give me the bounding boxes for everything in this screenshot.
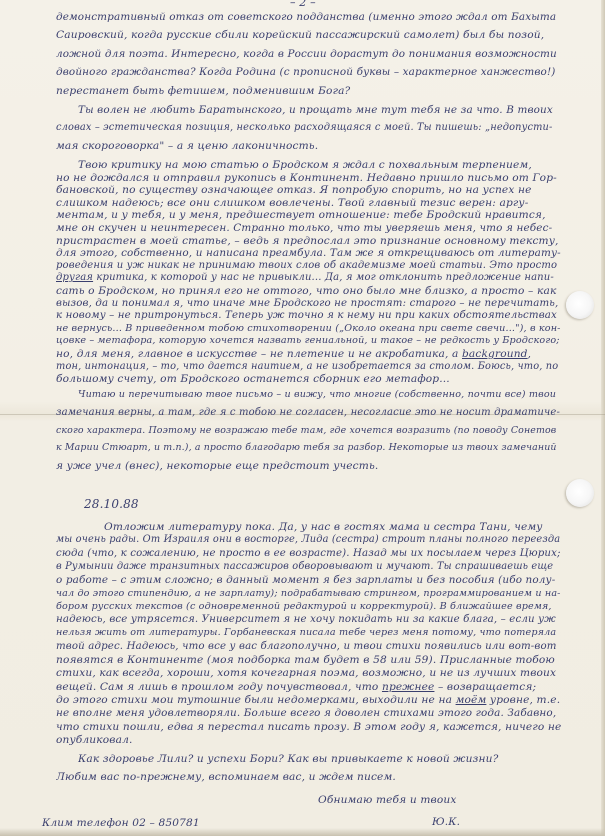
handwritten-line: до этого стихи мои тутошние были недомер… — [56, 693, 561, 707]
phone-note: Клим телефон 02 – 850781 — [42, 817, 200, 829]
letter-page: – 2 – демонстративный отказ от советског… — [0, 0, 605, 836]
handwritten-line: демонстративный отказ от советского подд… — [56, 10, 561, 24]
handwritten-line: Отложим литературу пока. Да, у нас в гос… — [104, 520, 561, 534]
handwritten-line: замечания верны, а там, где я с тобою не… — [56, 406, 561, 420]
handwritten-line: мне он скучен и неинтересен. Странно тол… — [56, 221, 561, 235]
page-number: – 2 – — [290, 0, 316, 9]
handwritten-line: чал до этого стипендию, а не зарплату); … — [56, 587, 561, 601]
handwritten-line: словах – эстетическая позиция, несколько… — [56, 121, 561, 135]
underlined-word: прежнее — [382, 681, 434, 693]
underlined-word: другая — [56, 272, 93, 283]
handwritten-line: сюда (что, к сожалению, не просто в ее в… — [56, 547, 561, 561]
page-edge — [601, 0, 605, 836]
handwritten-line: надеюсь, все утрясется. Университет я не… — [56, 613, 561, 627]
handwritten-line: я уже учел (внес), некоторые еще предсто… — [56, 459, 561, 473]
handwritten-line: бором русских текстов (с одновременной р… — [56, 600, 561, 614]
underlined-word: моём — [456, 694, 487, 706]
handwritten-line: Как здоровье Лили? и успехи Бори? Как вы… — [78, 752, 561, 766]
handwritten-line: ского характера. Поэтому не возражаю теб… — [56, 424, 561, 438]
handwritten-line: Читаю и перечитываю твое письмо – и вижу… — [78, 388, 561, 402]
handwritten-line: не вполне меня удовлетворяли. Больше все… — [56, 706, 561, 720]
handwritten-line: что стихи пошли, едва я перестал писать … — [56, 720, 561, 734]
handwritten-line: появятся в Континенте (моя подборка там … — [56, 653, 561, 667]
handwritten-line: вещей. Сам я лишь в прошлом году почувст… — [56, 680, 561, 694]
handwritten-line: стихи, как всегда, хороши, хотя кочегарн… — [56, 666, 561, 680]
handwritten-line: в Румынии даже транзитных пассажиров обв… — [56, 560, 561, 574]
handwritten-line: перестанет быть фетишем, подменившим Бог… — [56, 84, 561, 98]
signoff: Обнимаю тебя и твоих — [318, 794, 456, 806]
handwritten-line: Любим вас по-прежнему, вспоминаем вас, и… — [56, 770, 561, 784]
handwritten-line: другая критика, к которой у нас не привы… — [56, 271, 561, 285]
handwritten-line: для этого, собственно, и написана преамб… — [56, 246, 561, 260]
handwritten-line: твой адрес. Надеюсь, что все у вас благо… — [56, 640, 561, 654]
letter-date: 28.10.88 — [84, 497, 139, 511]
handwritten-line: Твою критику на мою статью о Бродском я … — [78, 158, 561, 172]
handwritten-line: большому счету, от Бродского останется с… — [56, 372, 561, 386]
handwritten-line: мая скороговорка" – а я ценю лаконичност… — [56, 139, 561, 153]
handwritten-line: ментам, и у тебя, и у меня, предшествует… — [56, 208, 561, 222]
handwritten-line: Саировский, когда русские сбили корейски… — [56, 28, 561, 42]
signature-initials: Ю.К. — [432, 816, 460, 828]
handwritten-line: опубликовал. — [56, 733, 561, 747]
handwritten-line: к Марии Стюарт, и т.п.), а просто благод… — [56, 441, 561, 455]
handwritten-line: сать о Бродском, но принял его не оттого… — [56, 284, 561, 298]
handwritten-line: к новому – не притронуться. Теперь уж то… — [56, 309, 561, 323]
handwritten-line: о работе – с этим сложно; в данный момен… — [56, 573, 561, 587]
underlined-word: background — [462, 348, 528, 360]
handwritten-line: ложной для поэта. Интересно, когда в Рос… — [56, 47, 561, 61]
handwritten-line: нельзя жить от литературы. Горбаневская … — [56, 626, 561, 640]
handwritten-line: двойного гражданства? Когда Родина (с пр… — [56, 65, 561, 79]
handwritten-line: бановской, по существу означающее отказ.… — [56, 183, 561, 197]
handwritten-line: цовке – метафора, которую хочется назват… — [56, 334, 561, 348]
punch-hole — [566, 291, 594, 319]
handwritten-line: Ты волен не любить Баратынского, и проща… — [78, 103, 561, 117]
punch-hole — [566, 479, 594, 507]
handwritten-line: но, для меня, главное в искусстве – не п… — [56, 347, 561, 361]
handwritten-line: мы очень рады. От Израиля они в восторге… — [56, 533, 561, 547]
